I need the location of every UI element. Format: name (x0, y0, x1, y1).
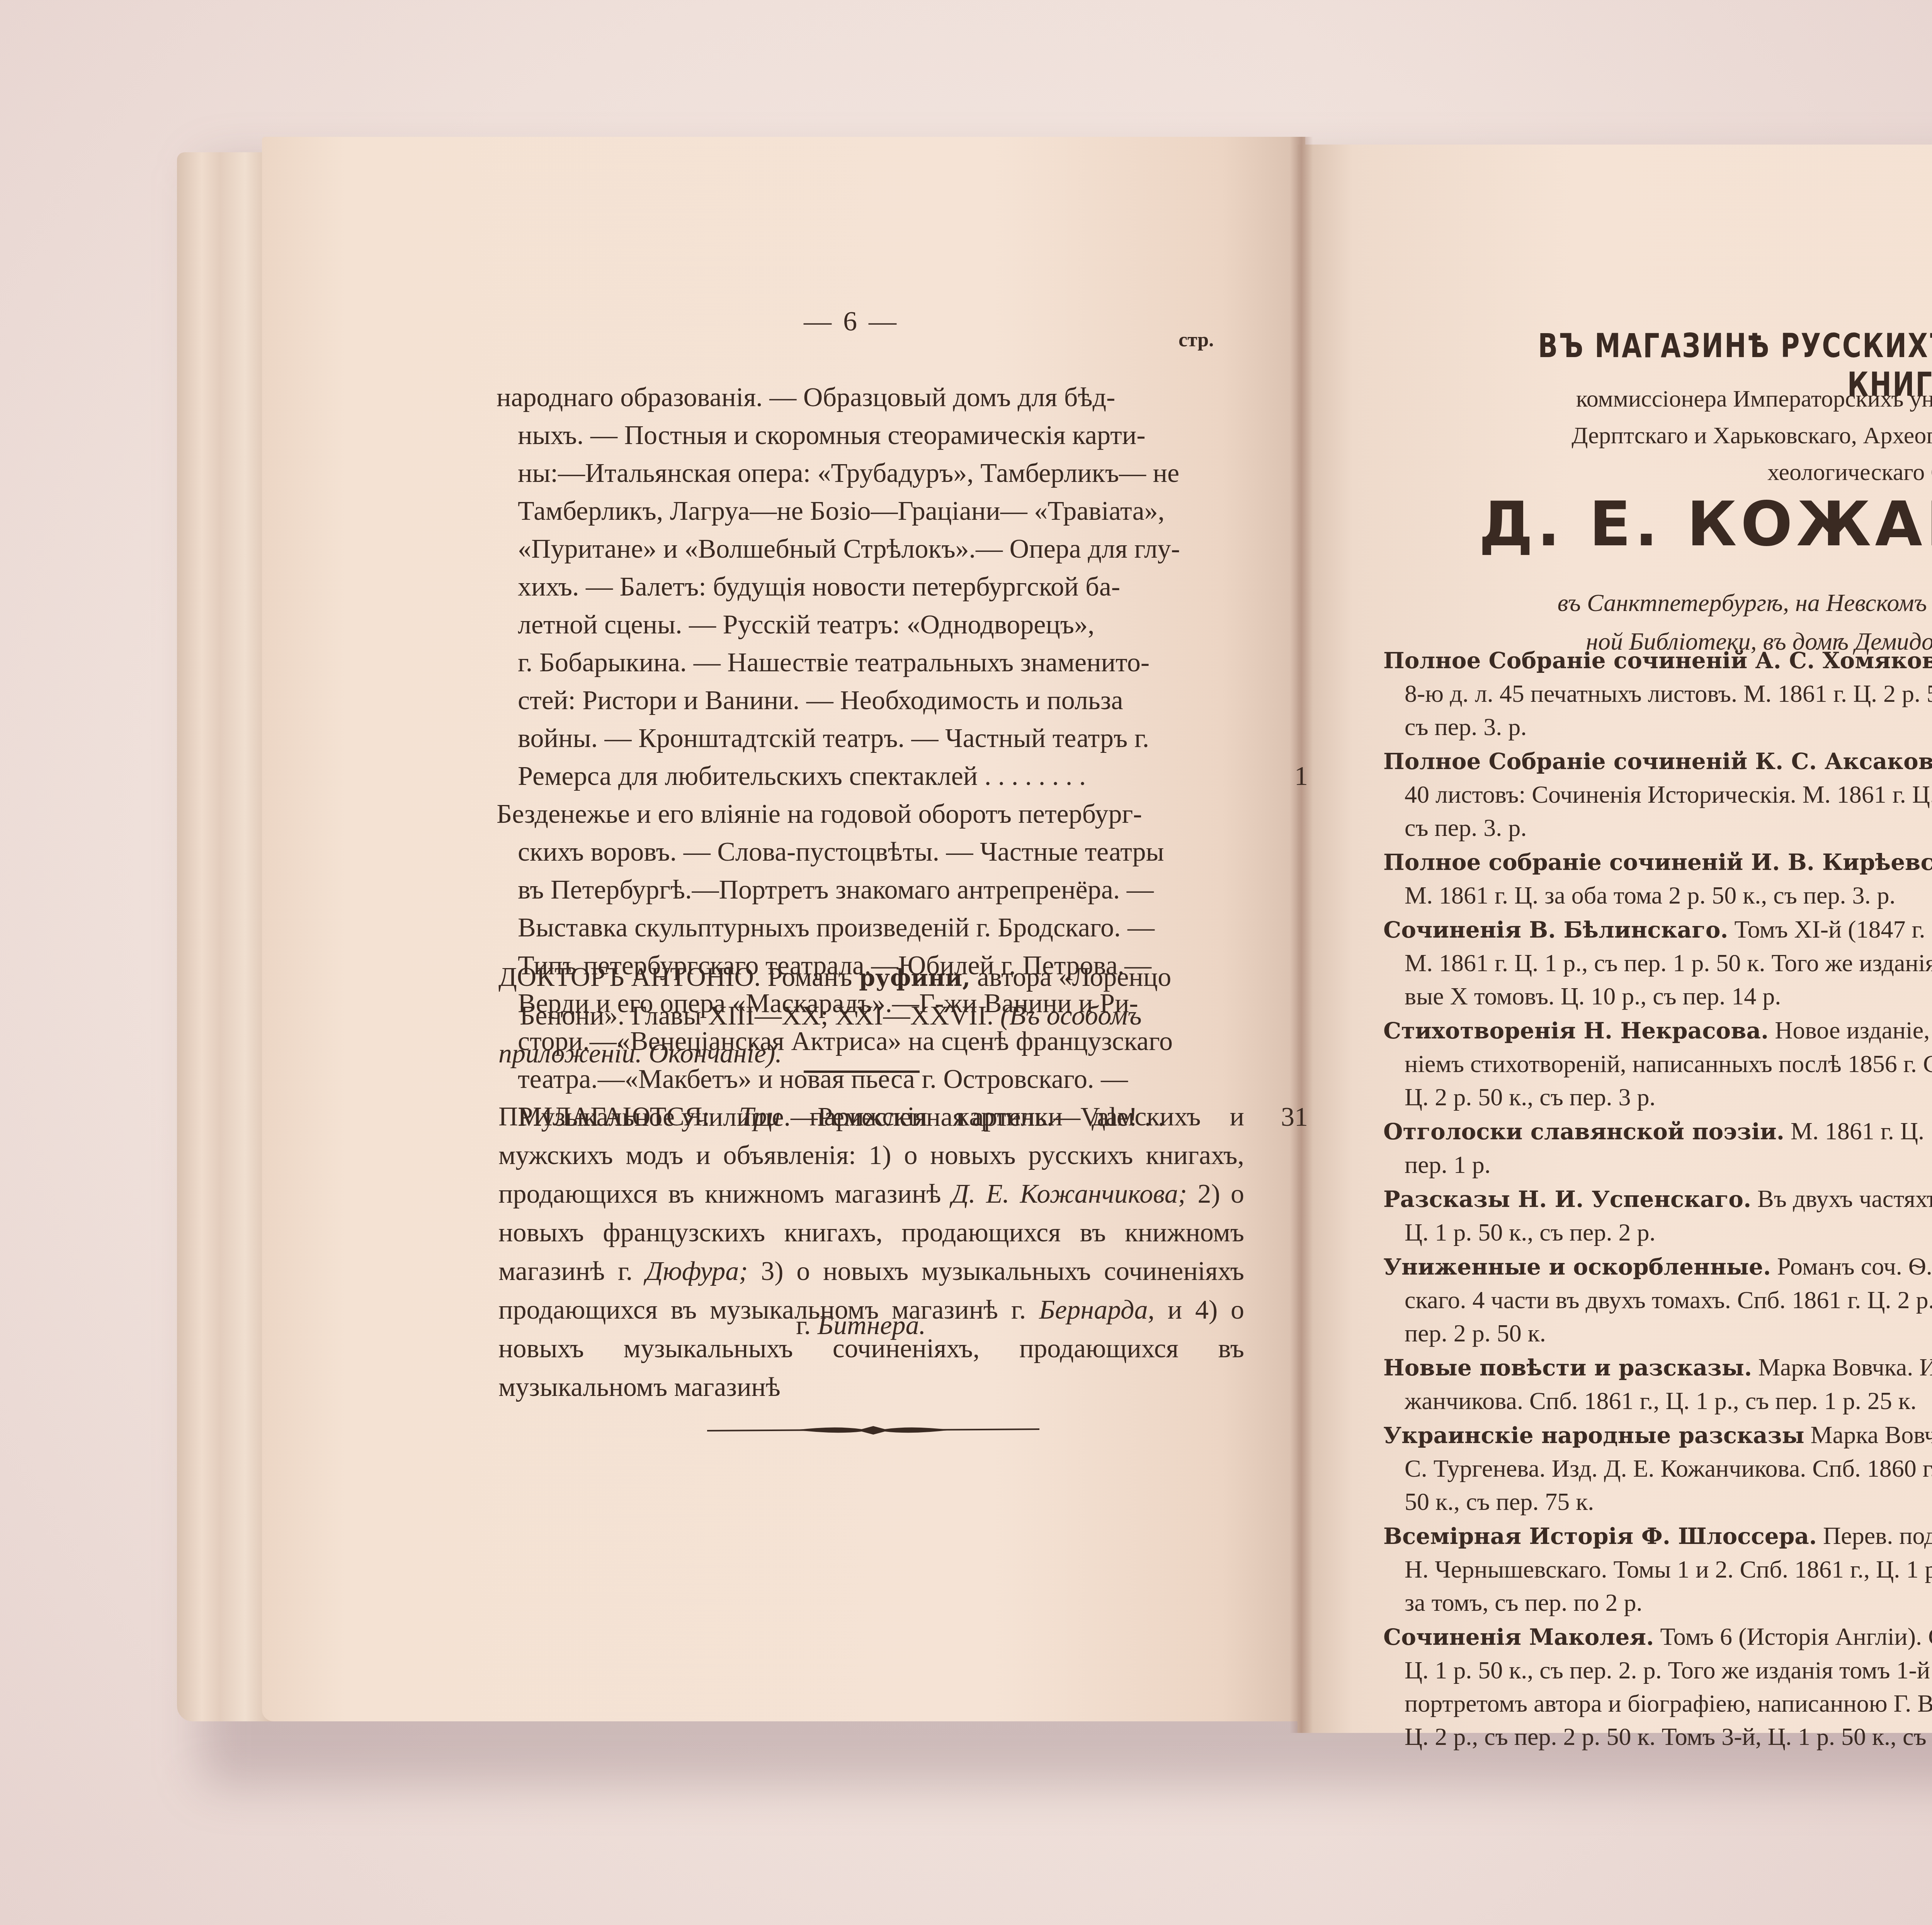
toc-line: г. Бобарыкина. — Нашествіе театральныхъ … (497, 644, 1238, 682)
item-text: Ц. 1 р. 50 к., съ пер. 2 р. (1383, 1216, 1932, 1249)
bookseller-name: Д. Е. КОЖАНЧИКОВА, (1379, 489, 1932, 560)
toc-line: ныхъ. — Постныя и скоромныя стеорамическ… (497, 417, 1238, 454)
item-text: за томъ, съ пер. по 2 р. (1383, 1586, 1932, 1619)
toc-page-number: 31 (1281, 1098, 1308, 1136)
commissioner-line: Дерптскаго и Харьковскаго, Археографичес… (1381, 417, 1932, 454)
column-label-page: стр. (1179, 328, 1214, 351)
toc-line: скихъ воровъ. — Слова-пустоцвѣты. — Част… (497, 833, 1238, 871)
item-title: Всемірная Исторія Ф. Шлоссера. (1383, 1523, 1817, 1549)
item-text: М. 1861 г. Ц. 75 к., съ (1791, 1117, 1932, 1145)
doktor-rest1: автора «Лоренцо (977, 962, 1171, 992)
toc-line: Ремерса для любительскихъ спектаклей . .… (497, 757, 1238, 795)
ornament-divider-icon (707, 1422, 1039, 1438)
toc-line: ны:—Итальянская опера: «Трубадуръ», Тамб… (497, 454, 1238, 492)
item-title: Стихотворенія Н. Некрасова. (1383, 1018, 1769, 1044)
appendix-name: Д. Е. Кожанчикова; (952, 1179, 1187, 1209)
catalog-item: Полное Собраніе сочиненій К. С. Аксакова… (1383, 744, 1932, 844)
item-title: Украинскіе народные разсказы (1383, 1422, 1804, 1448)
catalog-item: Всемірная Исторія Ф. Шлоссера. Перев. по… (1383, 1519, 1932, 1619)
item-text: М. 1861 г. Ц. 1 р., съ пер. 1 р. 50 к. Т… (1383, 946, 1932, 980)
item-text: съ пер. 3. р. (1383, 811, 1932, 844)
item-text: Н. Чернышевскаго. Томы 1 и 2. Спб. 1861 … (1383, 1553, 1932, 1586)
item-title: Полное Собраніе сочиненій А. С. Хомякова… (1383, 647, 1932, 674)
item-text: портретомъ автора и біографіею, написанн… (1383, 1687, 1932, 1720)
item-text: вые X томовъ. Ц. 10 р., съ пер. 14 р. (1383, 980, 1932, 1013)
catalog-item: Полное Собраніе сочиненій А. С. Хомякова… (1383, 643, 1932, 744)
appendix-text: г. (796, 1311, 811, 1340)
item-text: Перев. подъ редакціею (1823, 1522, 1932, 1549)
commissioner-line: коммиссіонера Императорскихъ университет… (1381, 381, 1932, 417)
item-text: М. 1861 г. Ц. за оба тома 2 р. 50 к., съ… (1383, 879, 1932, 912)
item-text: 8-ю д. л. 45 печатныхъ листовъ. М. 1861 … (1383, 677, 1932, 710)
appendix-name: Битнера. (818, 1311, 926, 1340)
item-text: Въ двухъ частяхъ. Спб. 1861 г. (1757, 1185, 1932, 1212)
address-line: въ Санктпетербургѣ, на Невскомъ Проспект… (1381, 584, 1932, 622)
appendix-last-line: г. Битнера. (796, 1310, 926, 1341)
catalog-item: Сочиненія Маколея. Томъ 6 (Исторія Англі… (1383, 1620, 1932, 1753)
item-text: ніемъ стихотвореній, написанныхъ послѣ 1… (1383, 1047, 1932, 1081)
commissioner-text: коммиссіонера Императорскихъ университет… (1381, 381, 1932, 491)
catalog-item: Отголоски славянской поэзіи. М. 1861 г. … (1383, 1115, 1932, 1181)
catalog-item: Украинскіе народные разсказы Марка Вовчк… (1383, 1418, 1932, 1518)
item-text: Томъ XI-й (1847 г. Современникъ). (1735, 916, 1932, 943)
catalog-item: Полное собраніе сочиненій И. В. Кирѣевск… (1383, 845, 1932, 912)
appendix-paragraph: ПРИЛАГАЮТСЯ: Три парижскія картинки дамс… (498, 1098, 1244, 1407)
item-text: Романъ соч. Ѳ. М. Достоев- (1777, 1253, 1932, 1280)
item-title: Новые повѣсти и разсказы. (1383, 1355, 1752, 1381)
catalog-item: Сочиненія В. Бѣлинскаго. Томъ XI-й (1847… (1383, 913, 1932, 1013)
item-text: 40 листовъ: Сочиненія Историческія. М. 1… (1383, 778, 1932, 811)
appendix-name: Бернарда, (1039, 1295, 1155, 1325)
catalog-item: Униженные и оскорбленные. Романъ соч. Ѳ.… (1383, 1250, 1932, 1350)
toc-line: летной сцены. — Русскій театръ: «Однодво… (497, 606, 1238, 644)
item-text: жанчикова. Спб. 1861 г., Ц. 1 р., съ пер… (1383, 1384, 1932, 1418)
item-text: Марка Вовчка. Перев. И. (1811, 1421, 1932, 1448)
item-text: Томъ 6 (Исторія Англіи). Спб. 1861 г,, (1660, 1623, 1932, 1650)
book-catalog: Полное Собраніе сочиненій А. С. Хомякова… (1383, 643, 1932, 1754)
item-text: Марка Вовчка. Изд. Д. Е. Ко- (1758, 1353, 1932, 1381)
doktor-roman: Романъ (767, 962, 852, 992)
toc-line: народнаго образованія. — Образцовый домъ… (497, 379, 1238, 417)
doktor-rest2: Бенони». Главы XIII—XX; XXI—XXVII. (498, 1001, 993, 1031)
toc-line: «Пуритане» и «Волшебный Стрѣлокъ».— Опер… (497, 530, 1238, 568)
commissioner-line: хеологическаго Общества, (1381, 454, 1932, 491)
doktor-author: руфини, (859, 965, 970, 992)
toc-line: хихъ. — Балетъ: будущія новости петербур… (497, 568, 1238, 606)
item-text: 50 к., съ пер. 75 к. (1383, 1485, 1932, 1518)
item-text: пер. 1 р. (1383, 1148, 1932, 1181)
item-title: Сочиненія В. Бѣлинскаго. (1383, 917, 1728, 943)
item-text: скаго. 4 части въ двухъ томахъ. Спб. 186… (1383, 1283, 1932, 1317)
item-title: Отголоски славянской поэзіи. (1383, 1118, 1784, 1145)
catalog-item: Разсказы Н. И. Успенскаго. Въ двухъ част… (1383, 1182, 1932, 1249)
section-divider (804, 1071, 920, 1073)
item-title: Разсказы Н. И. Успенскаго. (1383, 1186, 1751, 1212)
doktor-title: ДОКТОРЪ АНТОНІО. (498, 962, 761, 992)
book-gutter (1290, 137, 1313, 1733)
item-text: Ц. 1 р. 50 к., съ пер. 2. р. Того же изд… (1383, 1654, 1932, 1687)
item-title: Сочиненія Маколея. (1383, 1624, 1654, 1650)
appendix-text: Три (739, 1102, 781, 1132)
toc-page-number: 1 (1294, 757, 1308, 795)
item-text: съ пер. 3. р. (1383, 710, 1932, 744)
item-text: Ц. 2 р. 50 к., съ пер. 3 р. (1383, 1081, 1932, 1114)
catalog-item: Стихотворенія Н. Некрасова. Новое издані… (1383, 1014, 1932, 1114)
item-text: С. Тургенева. Изд. Д. Е. Кожанчикова. Сп… (1383, 1452, 1932, 1485)
catalog-item: Новые повѣсти и разсказы. Марка Вовчка. … (1383, 1351, 1932, 1418)
item-text: Ц. 2 р., съ пер. 2 р. 50 к. Томъ 3-й, Ц.… (1383, 1720, 1932, 1753)
item-text: Новое изданіе, съ прибавле- (1775, 1016, 1932, 1044)
item-title: Униженные и оскорбленные. (1383, 1254, 1771, 1280)
appendix-label: ПРИЛАГАЮТСЯ: (498, 1102, 710, 1132)
toc-line: въ Петербургѣ.—Портретъ знакомаго антреп… (497, 871, 1238, 909)
toc-entry: народнаго образованія. — Образцовый домъ… (497, 379, 1238, 795)
toc-line: войны. — Кронштадтскій театръ. — Частный… (497, 720, 1238, 757)
page-number: — 6 — (804, 305, 899, 337)
item-title: Полное собраніе сочиненій И. В. Кирѣевск… (1383, 849, 1932, 875)
toc-line: Выставка скульптурныхъ произведеній г. Б… (497, 909, 1238, 947)
toc-line: Безденежье и его вліяніе на годовой обор… (497, 795, 1238, 833)
item-text: пер. 2 р. 50 к. (1383, 1317, 1932, 1350)
appendix-name: Дюфура; (646, 1256, 748, 1286)
toc-line: стей: Ристори и Ванини. — Необходимость … (497, 682, 1238, 720)
toc-line: Тамберликъ, Лагруа—не Бозіо—Граціани— «Т… (497, 492, 1238, 530)
doktor-antonio-entry: ДОКТОРЪ АНТОНІО. Романъ руфини, автора «… (498, 958, 1240, 1073)
item-title: Полное Собраніе сочиненій К. С. Аксакова… (1383, 748, 1932, 774)
